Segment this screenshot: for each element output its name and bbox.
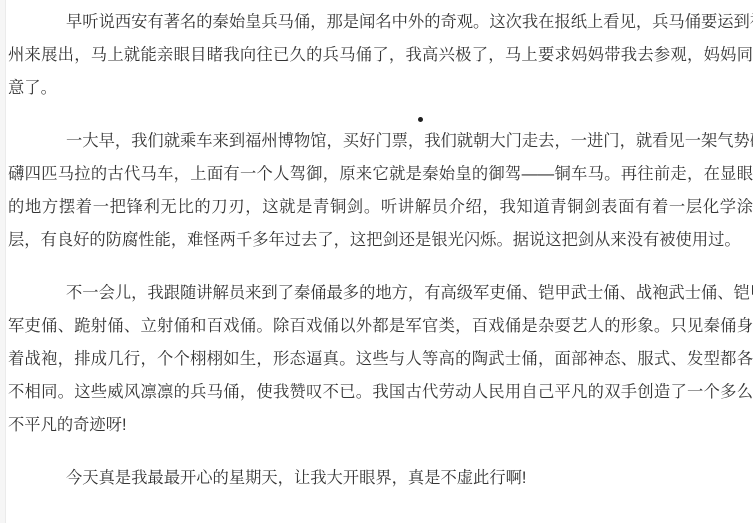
left-gutter bbox=[0, 0, 6, 523]
paragraph: 一大早，我们就乘车来到福州博物馆，买好门票，我们就朝大门走去，一进门，就看见一架… bbox=[8, 125, 753, 257]
paragraph: 今天真是我最最开心的星期天，让我大开眼界，真是不虚此行啊! bbox=[8, 462, 753, 495]
text-line: 军吏俑、跪射俑、立射俑和百戏俑。除百戏俑以外都是军官类，百戏俑是杂耍艺人的形象。… bbox=[8, 310, 753, 343]
text-line: 早听说西安有著名的秦始皇兵马俑，那是闻名中外的奇观。这次我在报纸上看见，兵马俑要… bbox=[8, 6, 753, 39]
text-line: 州来展出，马上就能亲眼目睹我向往已久的兵马俑了，我高兴极了，马上要求妈妈带我去参… bbox=[8, 39, 753, 72]
text-line: 一大早，我们就乘车来到福州博物馆，买好门票，我们就朝大门走去，一进门，就看见一架… bbox=[8, 125, 753, 158]
text-line: 层，有良好的防腐性能，难怪两千多年过去了，这把剑还是银光闪烁。据说这把剑从来没有… bbox=[8, 224, 753, 257]
text-line: 今天真是我最最开心的星期天，让我大开眼界，真是不虚此行啊! bbox=[8, 462, 753, 495]
text-line: 着战袍，排成几行，个个栩栩如生，形态逼真。这些与人等高的陶武士俑，面部神态、服式… bbox=[8, 343, 753, 376]
text-line: 礴四匹马拉的古代马车，上面有一个人驾御，原来它就是秦始皇的御驾——铜车马。再往前… bbox=[8, 158, 753, 191]
essay-content: 早听说西安有著名的秦始皇兵马俑，那是闻名中外的奇观。这次我在报纸上看见，兵马俑要… bbox=[8, 6, 753, 515]
text-line: 意了。 bbox=[8, 72, 753, 105]
text-line: 不平凡的奇迹呀! bbox=[8, 409, 753, 442]
text-line: 的地方摆着一把锋利无比的刀刃，这就是青铜剑。听讲解员介绍，我知道青铜剑表面有着一… bbox=[8, 191, 753, 224]
text-line: 不一会儿，我跟随讲解员来到了秦俑最多的地方，有高级军吏俑、铠甲武士俑、战袍武士俑… bbox=[8, 277, 753, 310]
paragraph: 早听说西安有著名的秦始皇兵马俑，那是闻名中外的奇观。这次我在报纸上看见，兵马俑要… bbox=[8, 6, 753, 105]
text-line: 不相同。这些威风凛凛的兵马俑，使我赞叹不已。我国古代劳动人民用自己平凡的双手创造… bbox=[8, 376, 753, 409]
paragraph: 不一会儿，我跟随讲解员来到了秦俑最多的地方，有高级军吏俑、铠甲武士俑、战袍武士俑… bbox=[8, 277, 753, 442]
stray-dot bbox=[418, 117, 423, 122]
